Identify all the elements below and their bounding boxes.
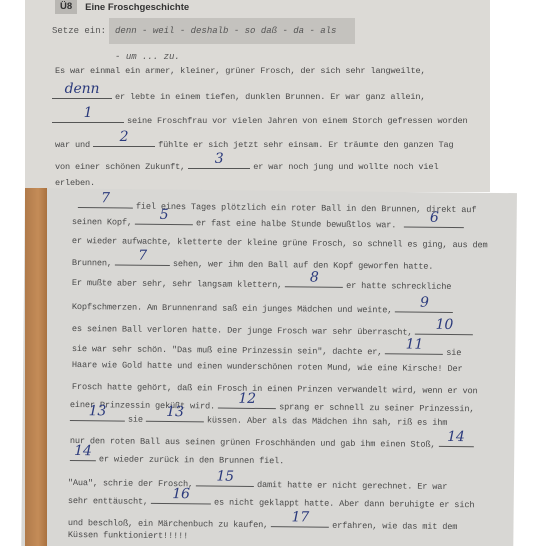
answer-blank[interactable]: 8 <box>285 274 343 288</box>
answer-blank[interactable]: 7 <box>78 195 133 209</box>
cardboard-backing <box>25 188 47 546</box>
answer-blank[interactable]: 11 <box>385 341 443 355</box>
answer-blank[interactable]: 9 <box>395 299 453 313</box>
answer-blank[interactable]: 17 <box>271 514 329 528</box>
answer-example: denn <box>52 81 112 97</box>
text-line: Küssen funktioniert!!!!! <box>68 530 188 541</box>
answer-blank[interactable]: 1 <box>52 110 124 123</box>
instruction: Setze ein: denn - weil - deshalb - so da… <box>52 18 355 44</box>
answer-blank[interactable]: 6 <box>404 214 464 228</box>
text-line: 14er wieder zurück in den Brunnen fiel. <box>70 448 284 466</box>
word-bank: denn - weil - deshalb - so daß - da - al… <box>109 18 355 44</box>
text-line: Es war einmal ein armer, kleiner, grüner… <box>55 66 426 76</box>
answer-blank[interactable]: 15 <box>196 473 254 487</box>
text-line: war und2fühlte er sich jetzt sehr einsam… <box>55 134 453 150</box>
answer-blank[interactable]: 10 <box>415 322 473 336</box>
answer-blank[interactable]: 13 <box>70 408 125 422</box>
answer-blank[interactable]: 5 <box>135 212 193 226</box>
answer-blank[interactable]: 2 <box>93 134 155 147</box>
text-line: denner lebte in einem tiefen, dunklen Br… <box>52 86 425 102</box>
answer-blank[interactable]: 12 <box>218 396 276 410</box>
text-line: 1seine Froschfrau vor vielen Jahren von … <box>52 110 467 126</box>
exercise-header: Ü8 Eine Froschgeschichte <box>55 0 189 14</box>
answer-blank[interactable]: 13 <box>146 409 204 423</box>
text-line: erleben. <box>55 178 95 188</box>
answer-blank[interactable]: 14 <box>70 448 96 461</box>
instruction-label: Setze ein: <box>52 26 106 36</box>
answer-blank[interactable]: 7 <box>115 252 170 266</box>
answer-blank[interactable]: 14 <box>438 434 473 447</box>
exercise-number: Ü8 <box>55 0 77 14</box>
exercise-title: Eine Froschgeschichte <box>85 2 189 13</box>
answer-blank[interactable]: 16 <box>151 491 211 505</box>
answer-blank[interactable]: 3 <box>188 156 250 169</box>
answer-blank[interactable]: denn <box>52 86 112 99</box>
text-line: von einer schönen Zukunft,3er war noch j… <box>55 156 438 172</box>
